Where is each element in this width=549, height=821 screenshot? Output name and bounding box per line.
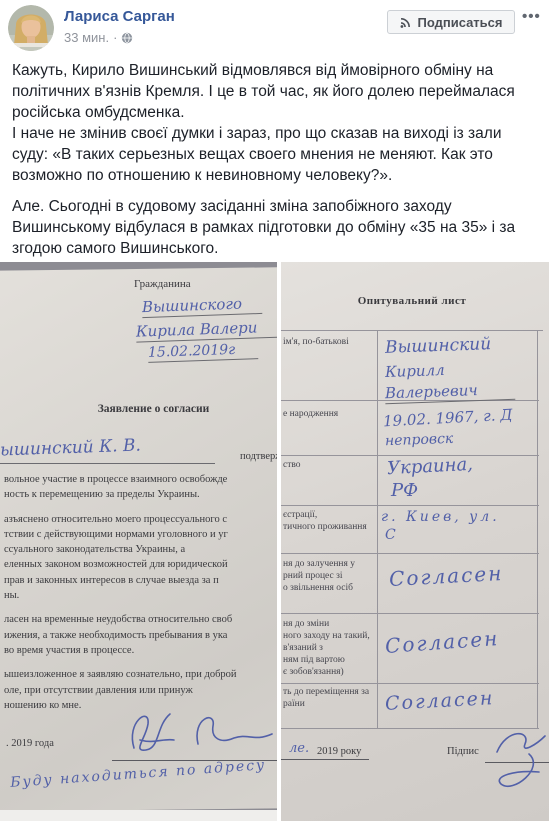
document-title: Заявление о согласии [30, 403, 277, 415]
profile-photo-image [8, 5, 54, 51]
handwritten-value: РФ [391, 480, 418, 501]
handwritten-addressee-surname: Вышинского [142, 294, 263, 318]
document-image-left[interactable]: Гражданина Вышинского Кирила Валери 15.0… [0, 262, 277, 821]
author-link[interactable]: Лариса Сарган [64, 8, 175, 25]
row-label: ня до зміни ного заходу на такий, в'язан… [283, 618, 376, 678]
body-line: ность к перемещению за пределы Украины. [4, 487, 277, 502]
row-label: ство [283, 459, 376, 471]
body-line: тствии с действующими нормами уголовного… [4, 527, 277, 542]
table-line [281, 613, 539, 614]
photo-attachments: Гражданина Вышинского Кирила Валери 15.0… [0, 262, 549, 821]
table-right-border [537, 330, 538, 728]
row-label: ня до залучення у рний процес зі о звіль… [283, 558, 376, 594]
signature-scribble [489, 722, 549, 800]
body-line: прав и законных интересов в случае выезд… [4, 573, 277, 588]
photo-bottom-band [0, 810, 277, 821]
body-line: ны. [4, 588, 277, 603]
timestamp-link[interactable]: 33 мин. [64, 30, 109, 45]
addressee-label: Гражданина [134, 278, 191, 290]
handwritten-date: 15.02.2019г [148, 341, 259, 363]
handwritten-value: г. Киев, ул. [381, 509, 500, 525]
follow-button[interactable]: Подписаться [387, 10, 515, 34]
signature-scribble [120, 700, 277, 762]
body-line: во время участия в процессе. [4, 643, 277, 658]
table-line [281, 553, 539, 554]
handwritten-value: Кирилл [385, 361, 445, 381]
table-line [281, 683, 539, 684]
meta-separator: · [113, 30, 117, 45]
body-line: ижения, а также необходимость пребывания… [4, 628, 277, 643]
body-line: ласен на временные неудобства относитель… [4, 612, 277, 627]
post-meta: 33 мин. · [64, 30, 133, 45]
handwritten-value: Украина, [387, 454, 474, 479]
row-label: єстрації, тичного проживання [283, 509, 376, 533]
row-label: ть до переміщення за раїни [283, 686, 376, 710]
date-line: 2019 року [317, 746, 361, 757]
body-line: оле, при отсутствии давления или принуж [4, 683, 277, 698]
row-label: ім'я, по-батькові [283, 336, 376, 348]
handwritten-value: Вышинский [385, 334, 492, 358]
date-line: . 2019 года [6, 738, 54, 749]
table-line [281, 330, 543, 331]
statement-body: вольное участие в процессе взаимного осв… [4, 472, 277, 722]
handwritten-value: непровск [385, 431, 454, 449]
body-line: вольное участие в процессе взаимного осв… [4, 472, 277, 487]
post-paragraph: Але. Сьогодні в судовому засіданні зміна… [12, 196, 538, 259]
globe-icon [121, 32, 133, 44]
table-line [281, 505, 539, 506]
table-line [281, 455, 539, 456]
body-line: ышеизложенное я заявляю сознательно, при… [4, 667, 277, 682]
signature-line [0, 463, 215, 464]
handwritten-date-fragment: ле. [289, 741, 309, 756]
row-label: е народження [283, 408, 376, 420]
table-column-divider [377, 330, 378, 728]
body-line: ссуального законодательства Украины, а [4, 542, 277, 557]
follow-button-label: Подписаться [417, 15, 502, 30]
facebook-post: Лариса Сарган 33 мин. · Подп [0, 0, 549, 821]
body-line: еленных законом возможностей для юридиче… [4, 557, 277, 572]
questionnaire-title: Опитувальний лист [281, 295, 543, 307]
confirm-text-fragment: подтвержда [240, 451, 277, 462]
signature-label: Підпис [447, 746, 479, 757]
post-header: Лариса Сарган 33 мин. · Подп [0, 0, 549, 56]
handwritten-value: С [385, 527, 396, 543]
avatar[interactable] [8, 5, 54, 51]
post-paragraph: Кажуть, Кирило Вишинський відмовлявся ві… [12, 60, 538, 123]
date-underline [281, 759, 369, 760]
body-line: азъяснено относительно моего процессуаль… [4, 512, 277, 527]
rss-follow-icon [399, 16, 412, 29]
post-text: Кажуть, Кирило Вишинський відмовлявся ві… [12, 60, 538, 259]
post-paragraph: І наче не змінив своєї думки і зараз, пр… [12, 123, 538, 186]
more-options-button[interactable]: ••• [522, 8, 541, 25]
document-image-right[interactable]: Опитувальний лист ім'я, по-батькові е на… [281, 262, 549, 821]
